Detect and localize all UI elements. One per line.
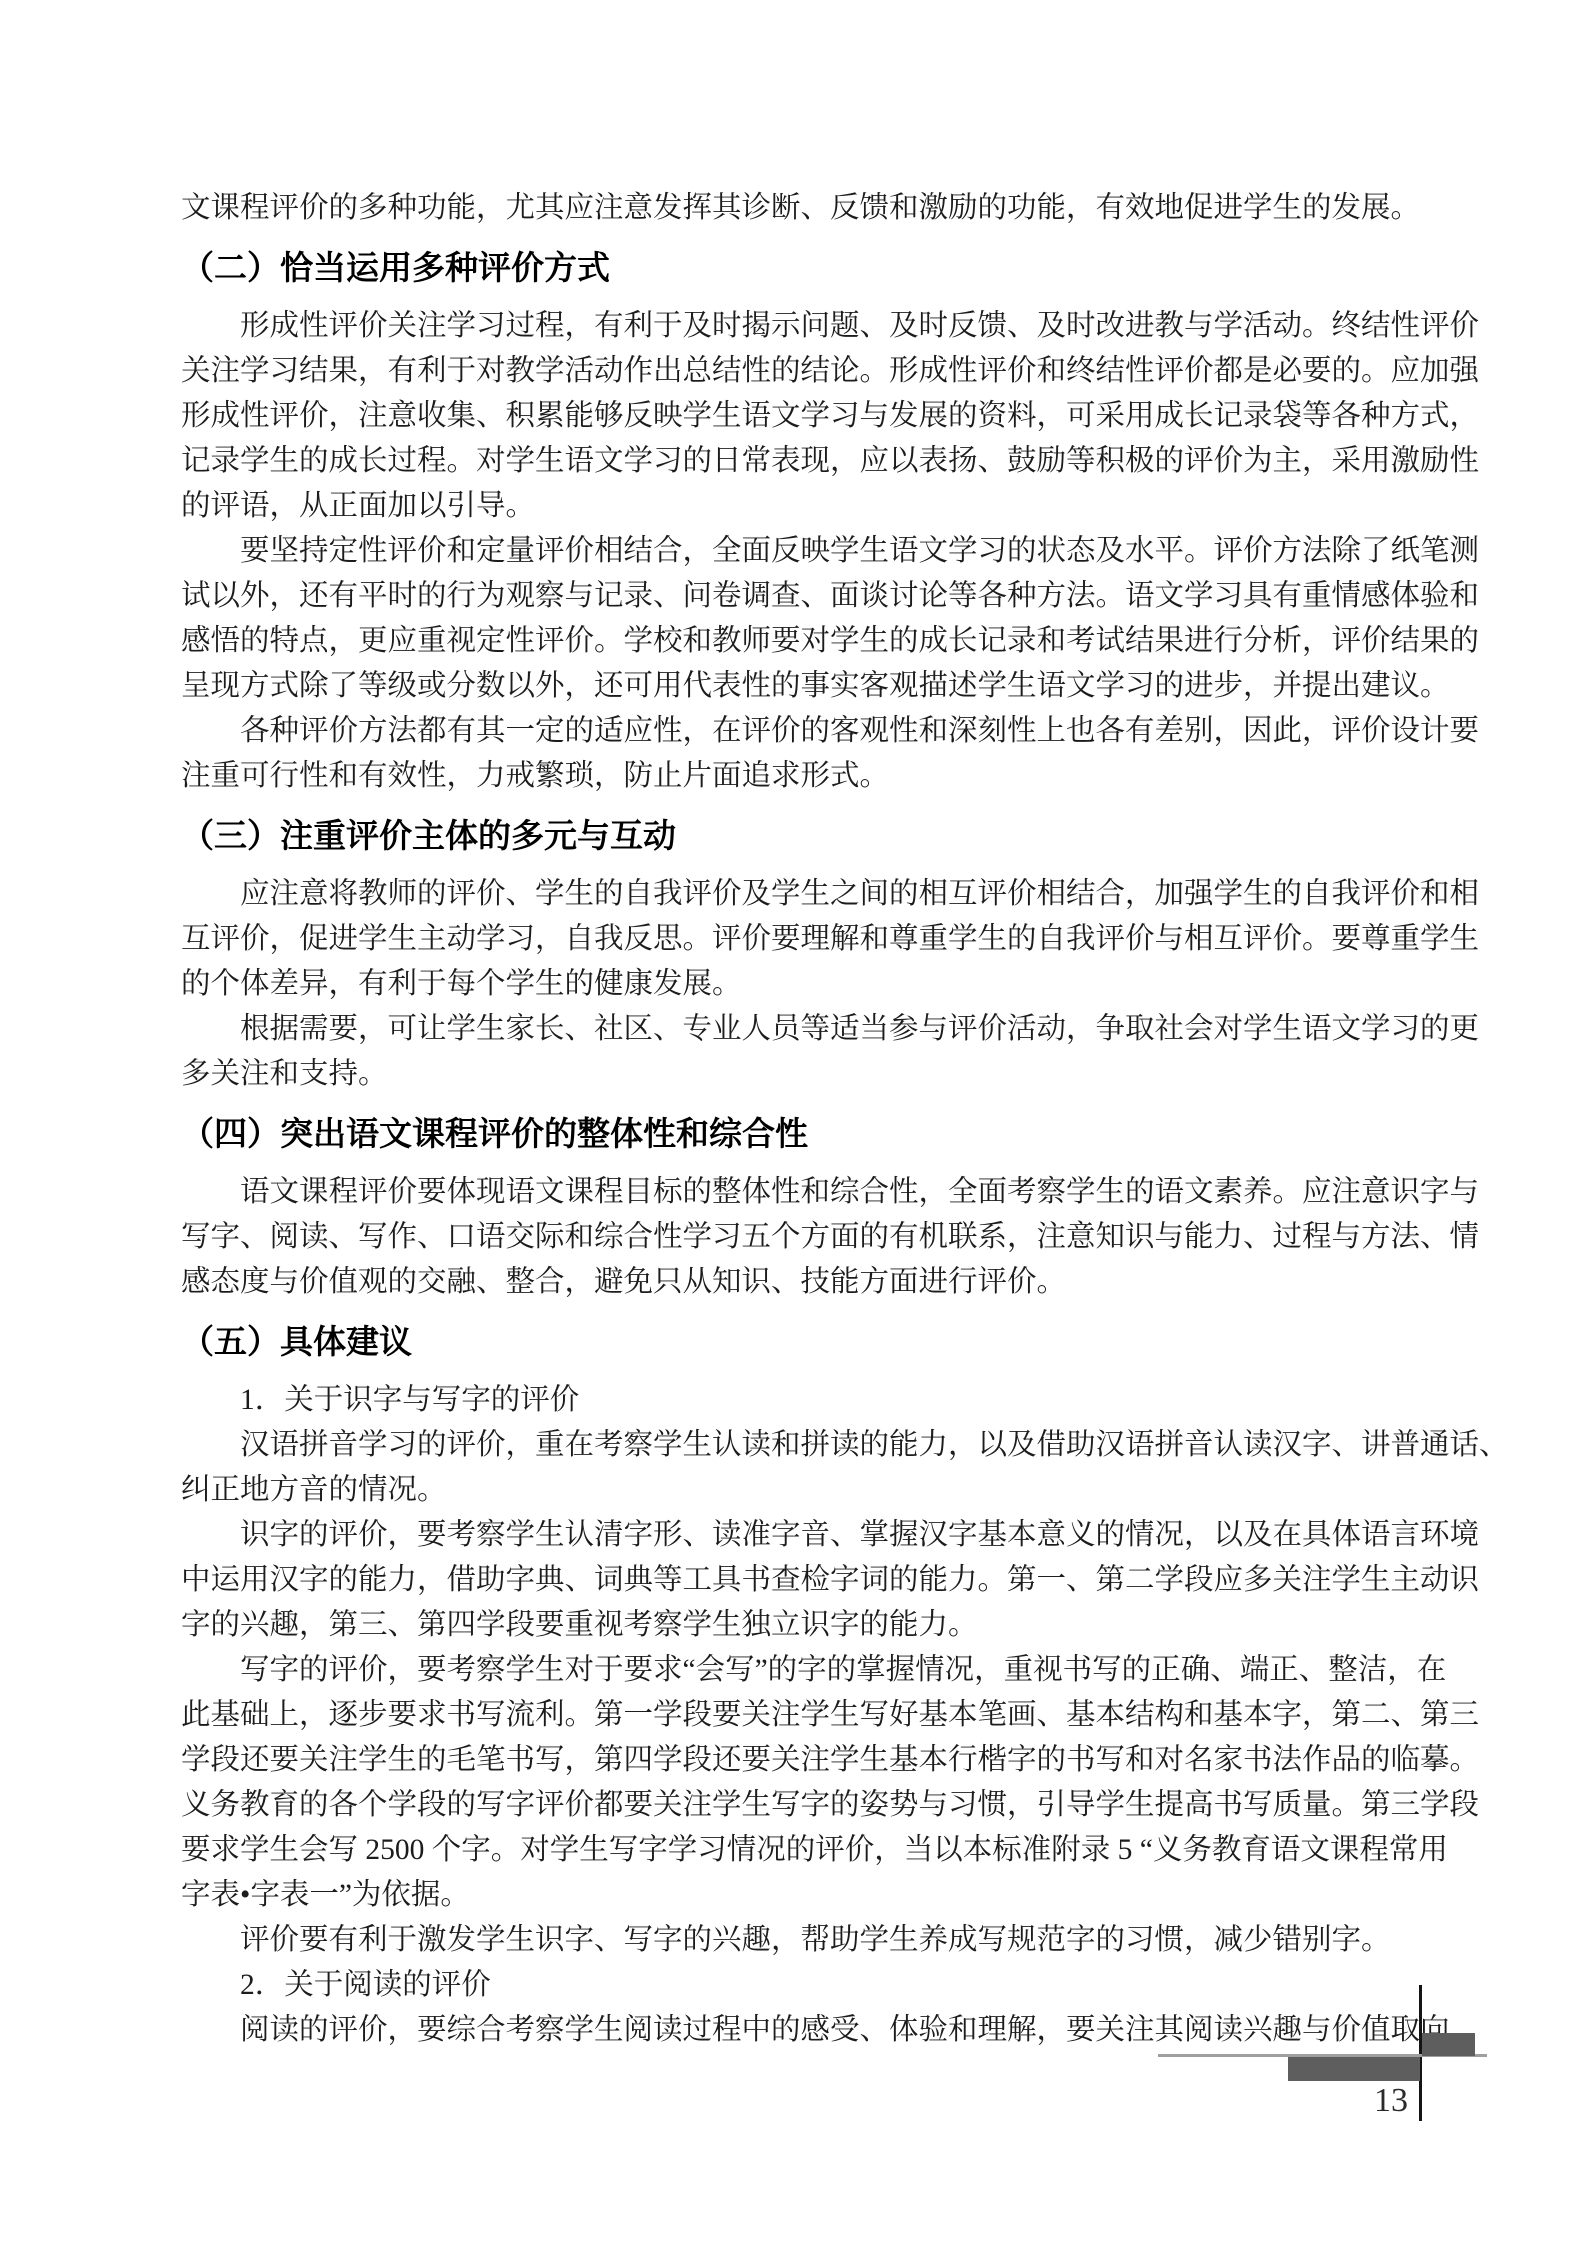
body-line: 形成性评价，注意收集、积累能够反映学生语文学习与发展的资料，可采用成长记录袋等各…: [181, 394, 1461, 439]
section-heading: （五）具体建议: [181, 1319, 1461, 1364]
body-line: 的评语，从正面加以引导。: [181, 484, 1461, 529]
body-line: 学段还要关注学生的毛笔书写，第四学段还要关注学生基本行楷字的书写和对名家书法作品…: [181, 1738, 1461, 1783]
body-line: 感态度与价值观的交融、整合，避免只从知识、技能方面进行评价。: [181, 1260, 1461, 1305]
document-content: 文课程评价的多种功能，尤其应注意发挥其诊断、反馈和激励的功能，有效地促进学生的发…: [181, 186, 1461, 2053]
body-line: 要坚持定性评价和定量评价相结合，全面反映学生语文学习的状态及水平。评价方法除了纸…: [181, 529, 1461, 574]
paragraph: 评价要有利于激发学生识字、写字的兴趣，帮助学生养成写规范字的习惯，减少错别字。: [181, 1918, 1461, 1963]
body-line: 的个体差异，有利于每个学生的健康发展。: [181, 962, 1461, 1007]
page-number: 13: [1300, 2082, 1408, 2120]
body-line: 汉语拼音学习的评价，重在考察学生认读和拼读的能力，以及借助汉语拼音认读汉字、讲普…: [181, 1423, 1461, 1468]
paragraph: 汉语拼音学习的评价，重在考察学生认读和拼读的能力，以及借助汉语拼音认读汉字、讲普…: [181, 1423, 1461, 1513]
paragraph: 形成性评价关注学习过程，有利于及时揭示问题、及时反馈、及时改进教与学活动。终结性…: [181, 304, 1461, 529]
body-line: 形成性评价关注学习过程，有利于及时揭示问题、及时反馈、及时改进教与学活动。终结性…: [181, 304, 1461, 349]
body-line: 1．关于识字与写字的评价: [181, 1378, 1461, 1423]
body-line: 互评价，促进学生主动学习，自我反思。评价要理解和尊重学生的自我评价与相互评价。要…: [181, 917, 1461, 962]
body-line: 多关注和支持。: [181, 1052, 1461, 1097]
body-line: 字的兴趣，第三、第四学段要重视考察学生独立识字的能力。: [181, 1603, 1461, 1648]
paragraph: 2．关于阅读的评价: [181, 1963, 1461, 2008]
section-heading: （三）注重评价主体的多元与互动: [181, 813, 1461, 858]
body-line: 语文课程评价要体现语文课程目标的整体性和综合性，全面考察学生的语文素养。应注意识…: [181, 1170, 1461, 1215]
body-line: 评价要有利于激发学生识字、写字的兴趣，帮助学生养成写规范字的习惯，减少错别字。: [181, 1918, 1461, 1963]
document-page: 文课程评价的多种功能，尤其应注意发挥其诊断、反馈和激励的功能，有效地促进学生的发…: [0, 0, 1587, 2245]
paragraph: 要坚持定性评价和定量评价相结合，全面反映学生语文学习的状态及水平。评价方法除了纸…: [181, 529, 1461, 709]
paragraph: 阅读的评价，要综合考察学生阅读过程中的感受、体验和理解，要关注其阅读兴趣与价值取…: [181, 2008, 1461, 2053]
body-line: 关注学习结果，有利于对教学活动作出总结性的结论。形成性评价和终结性评价都是必要的…: [181, 349, 1461, 394]
paragraph: 识字的评价，要考察学生认清字形、读准字音、掌握汉字基本意义的情况，以及在具体语言…: [181, 1513, 1461, 1648]
body-line: 要求学生会写 2500 个字。对学生写字学习情况的评价，当以本标准附录 5 “义…: [181, 1828, 1461, 1873]
body-line: 写字的评价，要考察学生对于要求“会写”的字的掌握情况，重视书写的正确、端正、整洁…: [181, 1648, 1461, 1693]
corner-bar-left: [1288, 2057, 1420, 2081]
paragraph: 1．关于识字与写字的评价: [181, 1378, 1461, 1423]
body-line: 识字的评价，要考察学生认清字形、读准字音、掌握汉字基本意义的情况，以及在具体语言…: [181, 1513, 1461, 1558]
body-line: 中运用汉字的能力，借助字典、词典等工具书查检字词的能力。第一、第二学段应多关注学…: [181, 1558, 1461, 1603]
body-line: 注重可行性和有效性，力戒繁琐，防止片面追求形式。: [181, 754, 1461, 799]
body-line: 义务教育的各个学段的写字评价都要关注学生写字的姿势与习惯，引导学生提高书写质量。…: [181, 1783, 1461, 1828]
paragraph: 根据需要，可让学生家长、社区、专业人员等适当参与评价活动，争取社会对学生语文学习…: [181, 1007, 1461, 1097]
section-heading: （四）突出语文课程评价的整体性和综合性: [181, 1111, 1461, 1156]
paragraph: 文课程评价的多种功能，尤其应注意发挥其诊断、反馈和激励的功能，有效地促进学生的发…: [181, 186, 1461, 231]
corner-bar-right: [1422, 2033, 1475, 2056]
paragraph: 应注意将教师的评价、学生的自我评价及学生之间的相互评价相结合，加强学生的自我评价…: [181, 872, 1461, 1007]
body-line: 呈现方式除了等级或分数以外，还可用代表性的事实客观描述学生语文学习的进步，并提出…: [181, 664, 1461, 709]
body-line: 各种评价方法都有其一定的适应性，在评价的客观性和深刻性上也各有差别，因此，评价设…: [181, 709, 1461, 754]
body-line: 写字、阅读、写作、口语交际和综合性学习五个方面的有机联系，注意知识与能力、过程与…: [181, 1215, 1461, 1260]
body-line: 此基础上，逐步要求书写流利。第一学段要关注学生写好基本笔画、基本结构和基本字，第…: [181, 1693, 1461, 1738]
body-line: 记录学生的成长过程。对学生语文学习的日常表现，应以表扬、鼓励等积极的评价为主，采…: [181, 439, 1461, 484]
body-line: 文课程评价的多种功能，尤其应注意发挥其诊断、反馈和激励的功能，有效地促进学生的发…: [181, 186, 1461, 231]
paragraph: 语文课程评价要体现语文课程目标的整体性和综合性，全面考察学生的语文素养。应注意识…: [181, 1170, 1461, 1305]
body-line: 2．关于阅读的评价: [181, 1963, 1461, 2008]
body-line: 感悟的特点，更应重视定性评价。学校和教师要对学生的成长记录和考试结果进行分析，评…: [181, 619, 1461, 664]
body-line: 阅读的评价，要综合考察学生阅读过程中的感受、体验和理解，要关注其阅读兴趣与价值取…: [181, 2008, 1461, 2053]
body-line: 纠正地方音的情况。: [181, 1468, 1461, 1513]
body-line: 应注意将教师的评价、学生的自我评价及学生之间的相互评价相结合，加强学生的自我评价…: [181, 872, 1461, 917]
section-heading: （二）恰当运用多种评价方式: [181, 245, 1461, 290]
paragraph: 各种评价方法都有其一定的适应性，在评价的客观性和深刻性上也各有差别，因此，评价设…: [181, 709, 1461, 799]
body-line: 字表•字表一”为依据。: [181, 1873, 1461, 1918]
body-line: 根据需要，可让学生家长、社区、专业人员等适当参与评价活动，争取社会对学生语文学习…: [181, 1007, 1461, 1052]
paragraph: 写字的评价，要考察学生对于要求“会写”的字的掌握情况，重视书写的正确、端正、整洁…: [181, 1648, 1461, 1918]
body-line: 试以外，还有平时的行为观察与记录、问卷调查、面谈讨论等各种方法。语文学习具有重情…: [181, 574, 1461, 619]
